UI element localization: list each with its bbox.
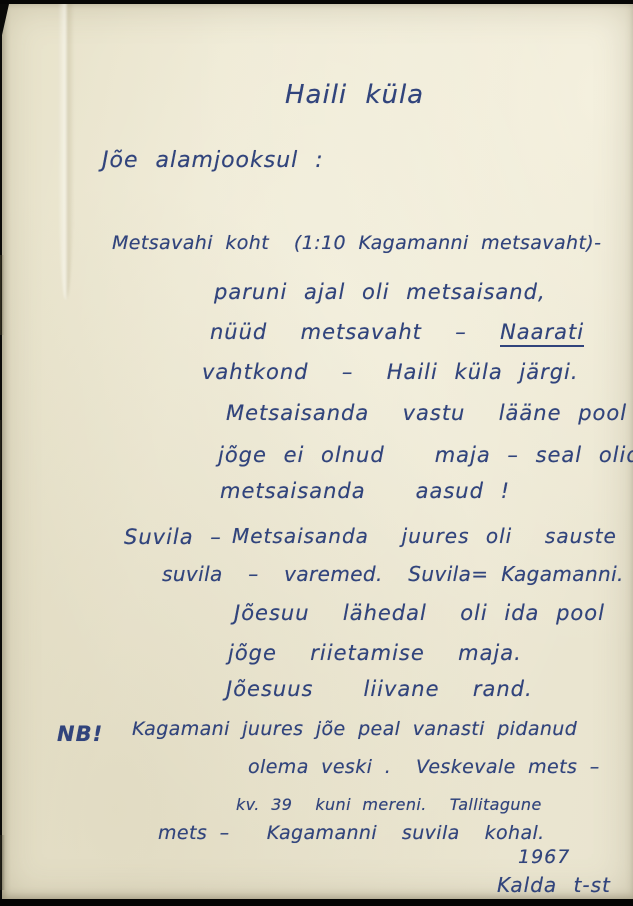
handwritten-line-suvila-2: suvila – varemed. Suvila= Kagamanni. — [162, 562, 624, 586]
intro-line: Jõe alamjooksul : — [102, 148, 324, 173]
scan-edge-smudge — [0, 255, 4, 335]
handwritten-line-suvila-5: Jõesuus liivane rand. — [226, 677, 533, 701]
scan-edge-bottom — [0, 899, 633, 906]
handwritten-line-nb-2: olema veski . Veskevale mets – — [248, 756, 600, 778]
scan-edge-smudge — [0, 420, 3, 480]
handwritten-line-metsavahi-3: nüüd metsavaht – Naarati — [210, 320, 584, 344]
handwritten-line-suvila-4: jõge riietamise maja. — [228, 641, 522, 665]
section-label-suvila: Suvila – — [124, 525, 222, 549]
handwritten-line-metsavahi-4: vahtkond – Haili küla järgi. — [202, 360, 579, 384]
handwritten-line-nb-1: Kagamani juures jõe peal vanasti pidanud — [132, 718, 577, 740]
line-text: nüüd metsavaht – — [210, 320, 500, 344]
handwritten-line-metsavahi-7: metsaisanda aasud ! — [220, 479, 510, 503]
scan-edge-smudge — [0, 835, 5, 890]
section-label-nb: NB! — [57, 722, 103, 746]
signature-year: 1967 — [518, 846, 570, 868]
handwritten-line-metsavahi-2: paruni ajal oli metsaisand, — [214, 280, 546, 304]
handwritten-line-metsavahi-6: jõge ei olnud maja – seal olid — [218, 443, 633, 467]
handwritten-line-suvila-3: Jõesuu lähedal oli ida pool — [234, 601, 605, 625]
underlined-name-naarati: Naarati — [500, 320, 584, 347]
signature-name: Kalda t-st — [497, 873, 611, 897]
handwritten-line-metsavahi-1: Metsavahi koht (1:10 Kagamanni metsavaht… — [112, 232, 601, 254]
handwritten-line-suvila-1: Metsaisanda juures oli sauste — [232, 524, 617, 548]
scan-edge-top — [0, 0, 633, 4]
handwritten-line-metsavahi-5: Metsaisanda vastu lääne pool — [226, 401, 627, 425]
page-title: Haili küla — [285, 80, 424, 110]
paper-crease-mark — [58, 0, 74, 300]
handwritten-line-nb-3: kv. 39 kuni mereni. Tallitagune — [236, 795, 542, 814]
handwritten-line-nb-4: mets – Kagamanni suvila kohal. — [158, 822, 545, 844]
